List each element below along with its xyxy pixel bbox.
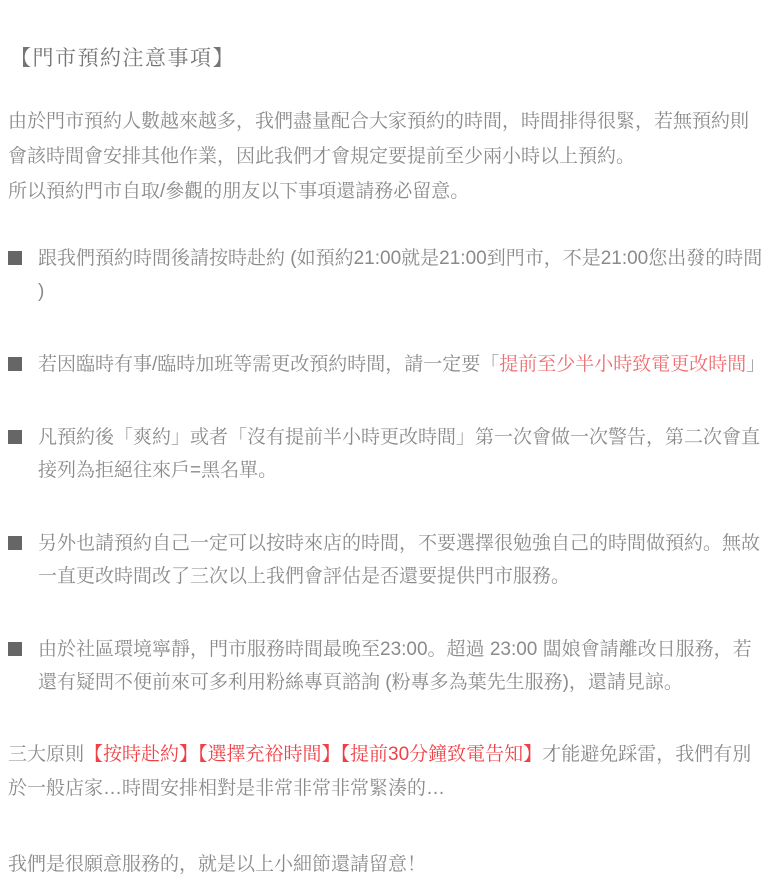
notice-text: 跟我們預約時間後請按時赴約 (如預約21:00就是21:00到門市，不是21:0… — [38, 242, 769, 308]
notice-text: 若因臨時有事/臨時加班等需更改預約時間，請一定要「提前至少半小時致電更改時間」 — [38, 348, 769, 381]
principles-lead: 三大原則 — [8, 744, 84, 765]
notice-text: 另外也請預約自己一定可以按時來店的時間，不要選擇很勉強自己的時間做預約。無故一直… — [38, 527, 769, 593]
intro-note: 所以預約門市自取/參觀的朋友以下事項還請務必留意。 — [8, 174, 753, 209]
notice-item-choose-time: 另外也請預約自己一定可以按時來店的時間，不要選擇很勉強自己的時間做預約。無故一直… — [8, 527, 775, 593]
page-title: 【門市預約注意事項】 — [8, 45, 775, 73]
store-reservation-notice-page: 【門市預約注意事項】 由於門市預約人數越來越多，我們盡量配合大家預約的時間，時間… — [0, 0, 783, 887]
bullet-square-icon — [8, 536, 22, 550]
notice-text: 凡預約後「爽約」或者「沒有提前半小時更改時間」第一次會做一次警告，第二次會直接列… — [38, 421, 769, 487]
principle-on-time: 【按時赴約】 — [84, 744, 198, 765]
notice-text: 由於社區環境寧靜，門市服務時間最晚至23:00。超過 23:00 闆娘會請離改日… — [38, 633, 769, 699]
notice-text-pre: 若因臨時有事/臨時加班等需更改預約時間，請一定要「 — [38, 354, 499, 375]
bullet-square-icon — [8, 357, 22, 371]
bullet-square-icon — [8, 251, 22, 265]
bullet-square-icon — [8, 642, 22, 656]
intro-paragraph: 由於門市預約人數越來越多，我們盡量配合大家預約的時間，時間排得很緊，若無預約則會… — [8, 104, 753, 174]
closing-remark: 我們是很願意服務的，就是以上小細節還請留意！ — [8, 848, 775, 882]
notice-item-service-hours: 由於社區環境寧靜，門市服務時間最晚至23:00。超過 23:00 闆娘會請離改日… — [8, 633, 775, 699]
bullet-square-icon — [8, 430, 22, 444]
principle-call-ahead: 【提前30分鐘致電告知】 — [341, 744, 543, 765]
notice-text-post: 」 — [746, 354, 765, 375]
notice-item-no-show: 凡預約後「爽約」或者「沒有提前半小時更改時間」第一次會做一次警告，第二次會直接列… — [8, 421, 775, 487]
intro-section: 由於門市預約人數越來越多，我們盡量配合大家預約的時間，時間排得很緊，若無預約則會… — [8, 104, 753, 209]
principle-ample-time: 【選擇充裕時間】 — [198, 744, 341, 765]
notice-list: 跟我們預約時間後請按時赴約 (如預約21:00就是21:00到門市，不是21:0… — [8, 242, 775, 699]
notice-item-punctuality: 跟我們預約時間後請按時赴約 (如預約21:00就是21:00到門市，不是21:0… — [8, 242, 775, 308]
notice-item-reschedule: 若因臨時有事/臨時加班等需更改預約時間，請一定要「提前至少半小時致電更改時間」 — [8, 348, 775, 381]
principles-paragraph: 三大原則【按時赴約】【選擇充裕時間】【提前30分鐘致電告知】才能避免踩雷，我們有… — [8, 738, 768, 806]
notice-text-highlight: 提前至少半小時致電更改時間 — [499, 354, 746, 375]
